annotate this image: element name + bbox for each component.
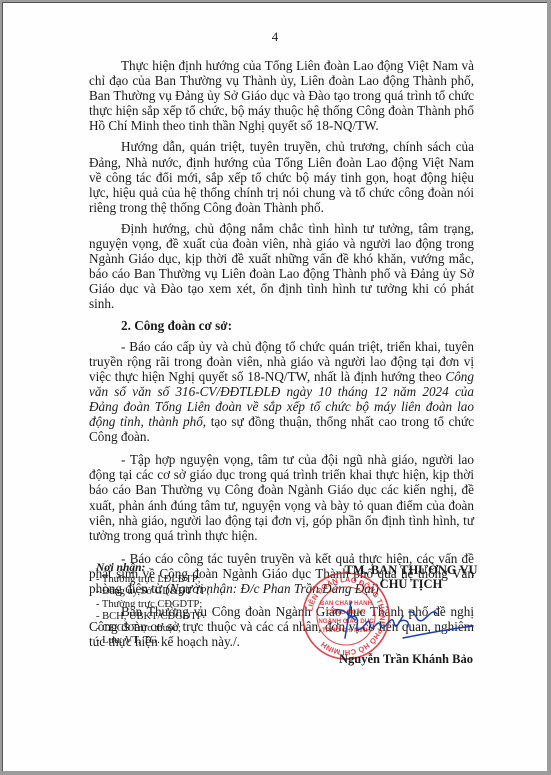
signer-position: CHỦ TỊCH (311, 577, 511, 591)
recipient-item: - Đảng ủy Sở GD&ĐT TP; (96, 586, 296, 598)
recipient-item: - BCH, UBKT/CĐGDTP (96, 611, 296, 623)
list-item: - Tập hợp nguyện vọng, tâm tư của đội ng… (89, 452, 474, 543)
recipient-item: - CĐCS Trực thuộc; (96, 623, 296, 635)
page-number: 4 (3, 29, 547, 45)
recipients-title: Nơi nhận: (96, 562, 296, 574)
section-heading: 2. Công đoàn cơ sở: (89, 318, 474, 333)
list-item: - Báo cáo cấp ủy và chủ động tổ chức quá… (89, 339, 474, 445)
document-page: 4 Thực hiện định hướng của Tổng Liên đoà… (2, 2, 547, 771)
recipient-item: - Thường trực CĐGDTP; (96, 599, 296, 611)
paragraph: Hướng dẫn, quán triệt, tuyên truyền, chủ… (89, 139, 474, 214)
handwritten-signature (333, 598, 483, 648)
recipient-item: - Thường trực LĐLĐTP; (96, 574, 296, 586)
paragraph: Định hướng, chủ động nắm chắc tình hình … (89, 221, 474, 312)
recipient-item: - Lưu: VT, TG. (96, 635, 296, 647)
signer-name: Nguyễn Trần Khánh Bảo (339, 652, 473, 667)
signature-block: TM. BAN THƯỜNG VỤ CHỦ TỊCH Nguyễn Trần K… (303, 563, 503, 591)
signer-title: TM. BAN THƯỜNG VỤ (311, 563, 511, 577)
paragraph: Thực hiện định hướng của Tổng Liên đoàn … (89, 58, 474, 133)
recipients-block: Nơi nhận: - Thường trực LĐLĐTP; - Đảng ủ… (96, 562, 296, 647)
